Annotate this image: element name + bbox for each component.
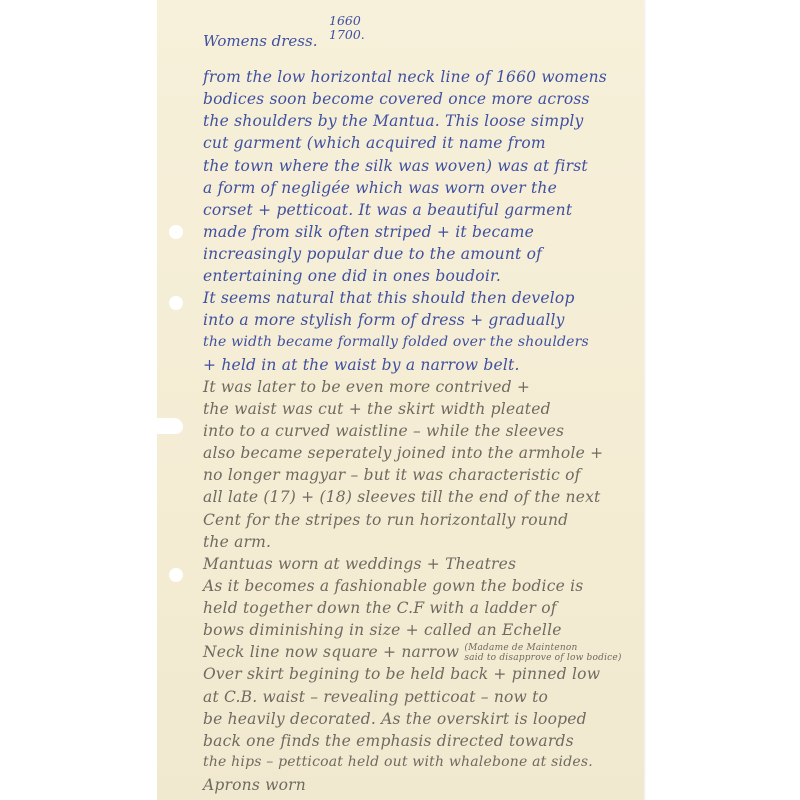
text-line: a form of negligée which was worn over t… [203,179,557,197]
text-line: the hips – petticoat held out with whale… [203,754,593,770]
text-line: also became seperately joined into the a… [203,444,603,462]
punch-hole [169,225,183,239]
torn-punch-hole [157,418,183,434]
maintenon-note: (Madame de Maintenon said to disapprove … [464,643,621,663]
text-line: the width became formally folded over th… [203,334,589,350]
text-line: As it becomes a fashionable gown the bod… [203,577,583,595]
text-line: the shoulders by the Mantua. This loose … [203,112,584,130]
text-line: from the low horizontal neck line of 166… [203,68,607,86]
punch-hole [169,296,183,310]
text-line: Aprons worn [203,776,306,794]
text-line: entertaining one did in ones boudoir. [203,267,501,285]
text-line-neckline: Neck line now square + narrow (Madame de… [203,643,622,663]
text-line: corset + petticoat. It was a beautiful g… [203,201,572,219]
text-line: bodices soon become covered once more ac… [203,90,590,108]
text-line: the waist was cut + the skirt width plea… [203,400,551,418]
text-line: held together down the C.F with a ladder… [203,599,557,617]
text-line: into a more stylish form of dress + grad… [203,311,565,329]
text-line: all late (17) + (18) sleeves till the en… [203,488,600,506]
end-year: 1700. [329,28,365,42]
text-line: no longer magyar – but it was characteri… [203,466,581,484]
text-line: Over skirt begining to be held back + pi… [203,665,600,683]
note-line-2: said to disapprove of low bodice) [464,653,621,663]
punch-hole [169,568,183,582]
text-line: It was later to be even more contrived + [203,378,530,396]
text-line: cut garment (which acquired it name from [203,134,546,152]
text-line: the arm. [203,533,271,551]
text-line: It seems natural that this should then d… [203,289,575,307]
text-line: made from silk often striped + it became [203,223,534,241]
text-line: bows diminishing in size + called an Ech… [203,621,562,639]
text-line: + held in at the waist by a narrow belt. [203,356,520,374]
date-range: 1660 1700. [329,14,365,42]
text-line: the town where the silk was woven) was a… [203,157,588,175]
text-line: increasingly popular due to the amount o… [203,245,542,263]
neckline-text: Neck line now square + narrow [203,643,459,661]
text-line: into to a curved waistline – while the s… [203,422,564,440]
text-line: Cent for the stripes to run horizontally… [203,511,568,529]
start-year: 1660 [329,14,365,28]
text-line: be heavily decorated. As the overskirt i… [203,710,587,728]
text-line: at C.B. waist – revealing petticoat – no… [203,688,548,706]
text-line: back one finds the emphasis directed tow… [203,732,574,750]
text-line: Mantuas worn at weddings + Theatres [203,555,516,573]
note-line-1: (Madame de Maintenon [464,643,577,653]
page-title: Womens dress. [203,32,317,50]
handwritten-page: Womens dress. 1660 1700. from the low ho… [157,0,644,800]
